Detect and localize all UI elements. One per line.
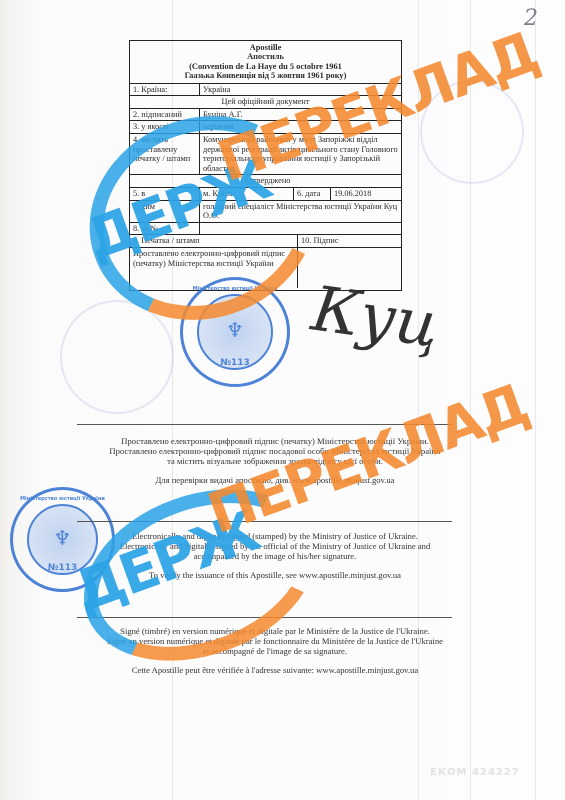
fr-verify-link: Cette Apostille peut être vérifiée à l'a… xyxy=(70,665,480,675)
trident-icon: ♆ xyxy=(226,318,244,342)
document-page: 2 Apostille Апостиль (Convention de La H… xyxy=(0,0,565,800)
header-line: Апостиль xyxy=(130,52,401,61)
trident-icon: ♆ xyxy=(54,526,72,550)
faded-stamp xyxy=(60,300,174,414)
header-line: (Convention de La Haye du 5 octobre 1961 xyxy=(130,62,401,71)
header-line: Apostille xyxy=(130,43,401,52)
handwritten-signature: Куц xyxy=(308,272,444,362)
stamp-top-text: Міністерство юстиції України xyxy=(13,496,112,502)
date-value: 19.06.2018 xyxy=(331,188,401,200)
country-label: 1. Країна: xyxy=(130,84,200,96)
faded-serial-number: ЕКОМ 424227 xyxy=(430,767,520,778)
stamp-number: №113 xyxy=(183,358,287,368)
apostille-header: Apostille Апостиль (Convention de La Hay… xyxy=(130,41,401,84)
signature-label: 10. Підпис xyxy=(298,235,401,247)
fold-line xyxy=(535,0,536,800)
